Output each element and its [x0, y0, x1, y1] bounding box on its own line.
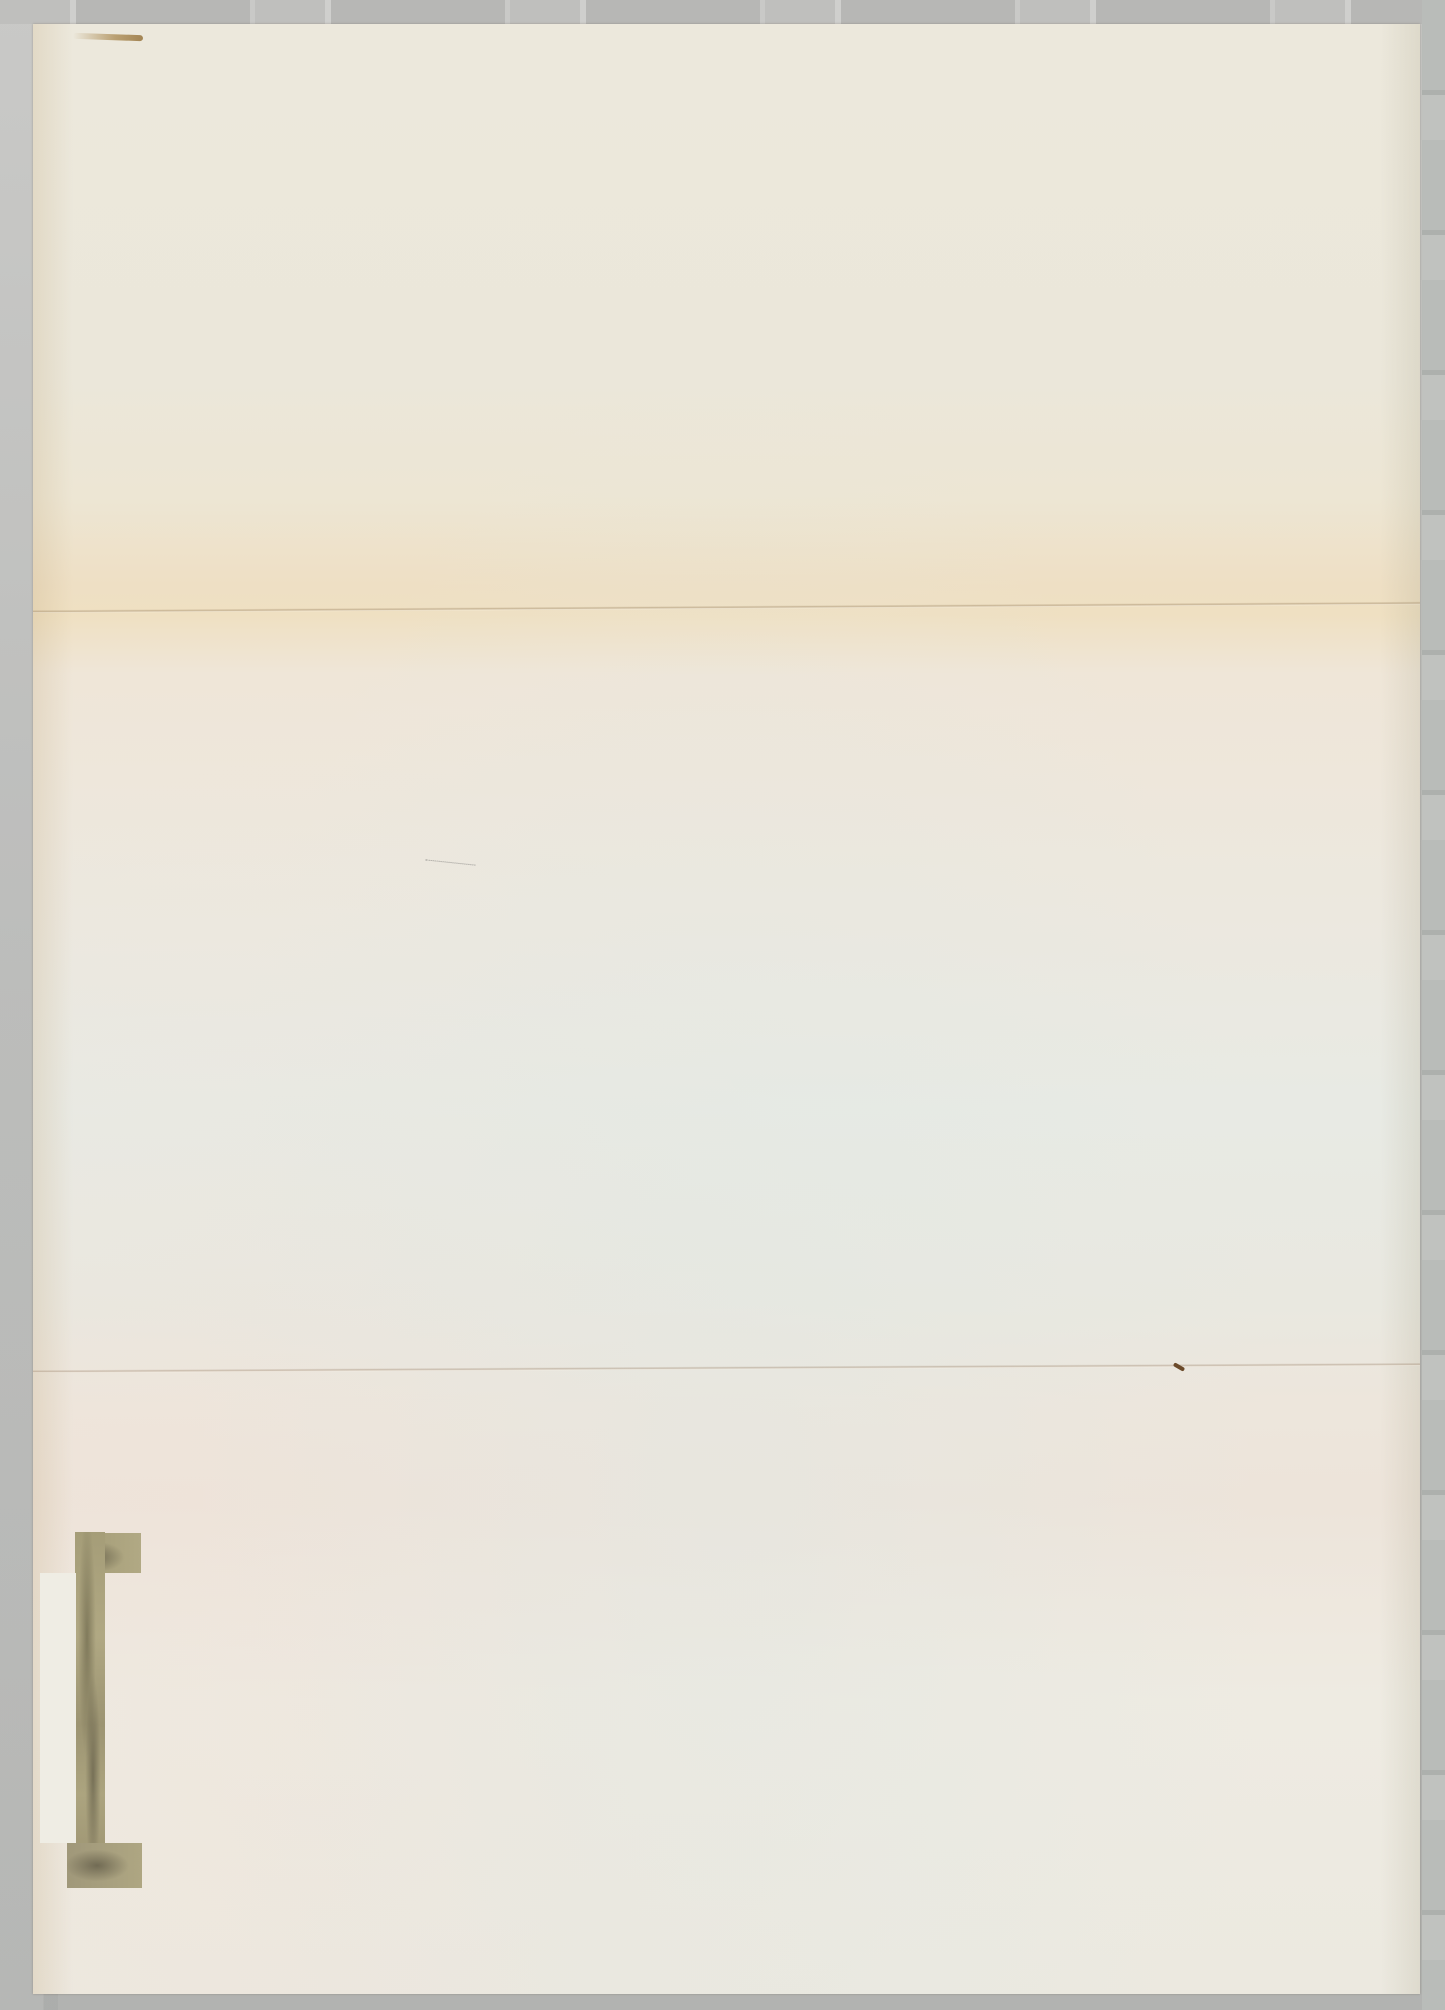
ink-smudge-top-left	[73, 33, 143, 41]
paper-patch-under-tape	[40, 1573, 76, 1843]
fold-line-upper	[33, 602, 1420, 613]
pencil-mark	[425, 859, 476, 875]
fold-line-lower	[33, 1363, 1420, 1373]
tape-strip-bottom	[67, 1843, 142, 1888]
debris-fleck	[1173, 1362, 1185, 1371]
edge-discoloration-left	[33, 24, 73, 1994]
scan-backdrop-top	[0, 0, 1445, 24]
tape-strip-vertical	[75, 1532, 105, 1882]
paper-sheet	[33, 24, 1420, 1994]
edge-discoloration-right	[1380, 24, 1420, 1994]
tape-strip-top	[76, 1533, 141, 1573]
scan-backdrop-right	[1422, 0, 1445, 2010]
